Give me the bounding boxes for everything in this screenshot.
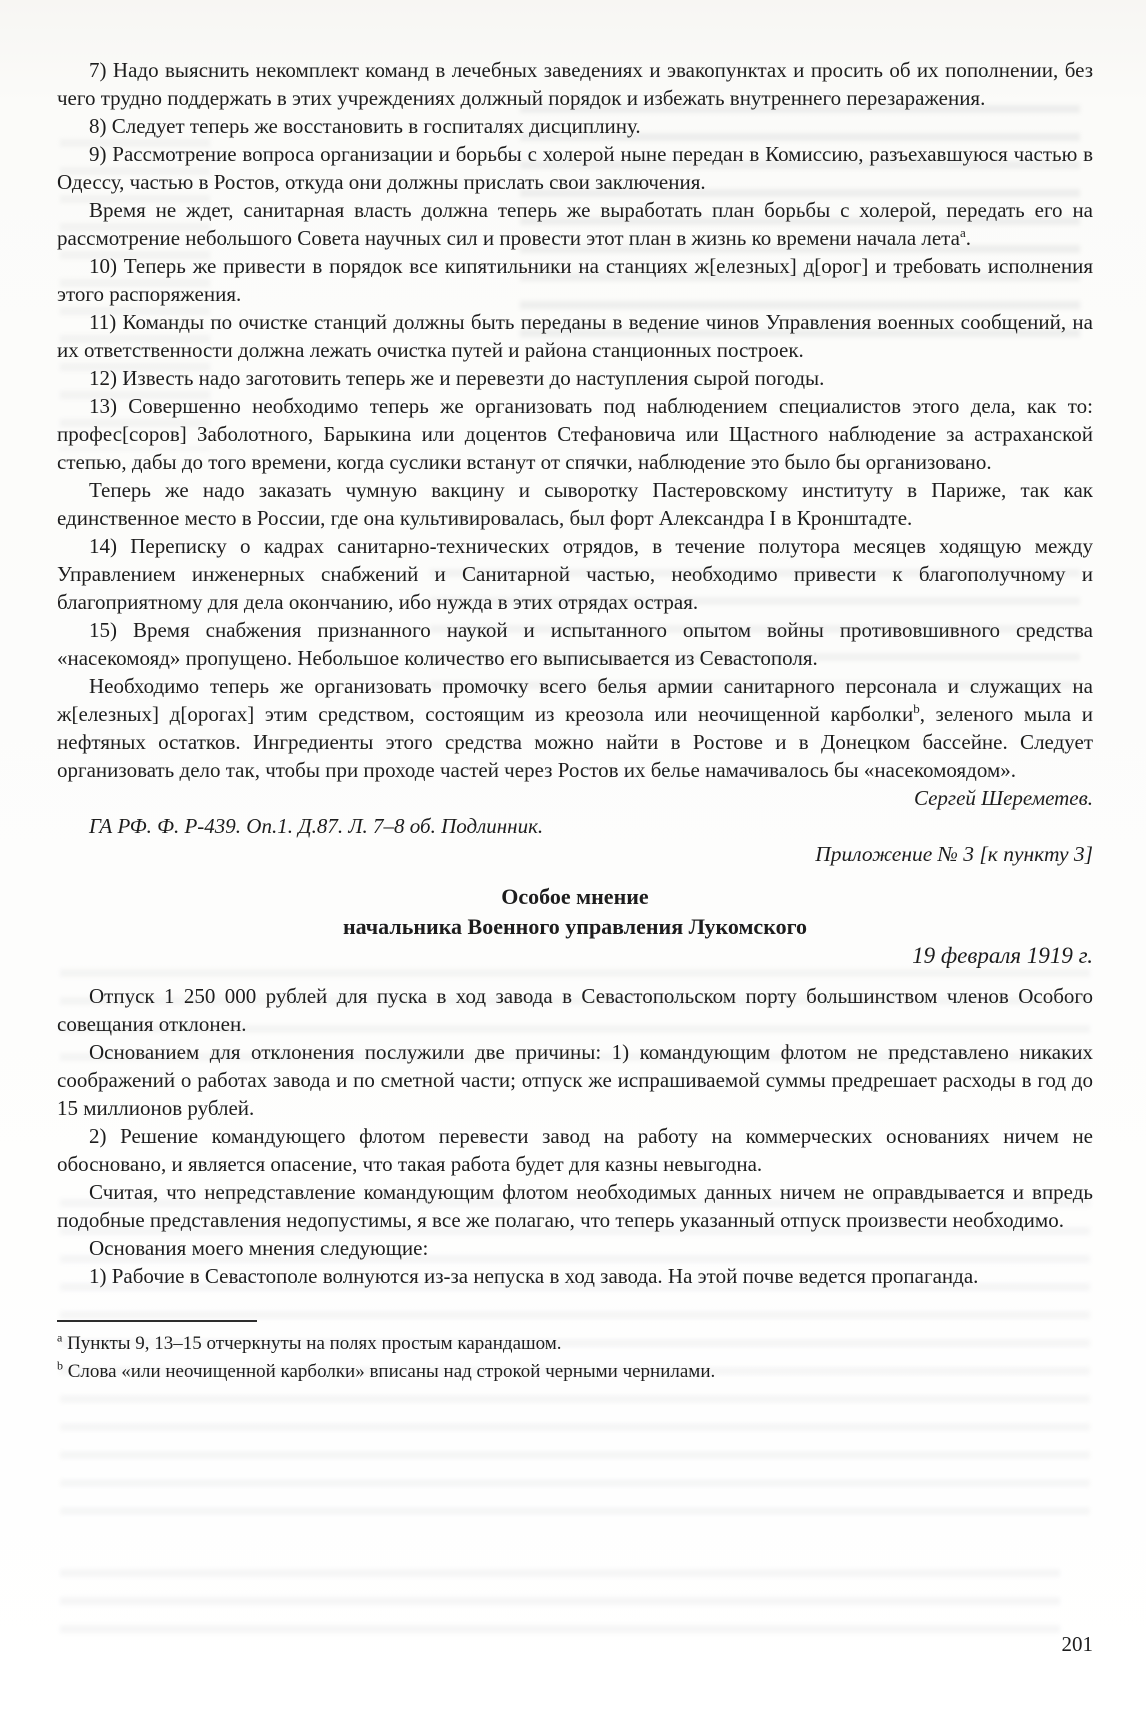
- bleed-through-artifact: [60, 1560, 1060, 1650]
- page-number: 201: [1062, 1632, 1094, 1657]
- report-point-15: 15) Время снабжения признанного наукой и…: [57, 616, 1093, 672]
- appendix-label: Приложение № 3 [к пункту 3]: [57, 840, 1093, 868]
- paragraph-text: 12) Известь надо заготовить теперь же и …: [89, 366, 824, 390]
- footnote-marker: a: [57, 1331, 62, 1345]
- scanned-document-page: 7) Надо выяснить некомплект команд в леч…: [0, 0, 1146, 1728]
- opinion-paragraph: Основанием для отклонения послужили две …: [57, 1038, 1093, 1122]
- document-date: 19 февраля 1919 г.: [57, 942, 1093, 970]
- report-point-11: 11) Команды по очистке станций должны бы…: [57, 308, 1093, 364]
- report-point-13: 13) Совершенно необходимо теперь же орга…: [57, 392, 1093, 476]
- report-body: 7) Надо выяснить некомплект команд в леч…: [57, 56, 1093, 784]
- footnote-text: Пункты 9, 13–15 отчеркнуты на полях прос…: [67, 1333, 561, 1354]
- archive-reference: ГА РФ. Ф. Р-439. Оп.1. Д.87. Л. 7–8 об. …: [57, 812, 1093, 840]
- report-point-8: 8) Следует теперь же восстановить в госп…: [57, 112, 1093, 140]
- report-paragraph-vaccine: Теперь же надо заказать чумную вакцину и…: [57, 476, 1093, 532]
- paragraph-text: 8) Следует теперь же восстановить в госп…: [89, 114, 641, 138]
- opinion-paragraph: Основания моего мнения следующие:: [57, 1234, 1093, 1262]
- page-text-block: 7) Надо выяснить некомплект команд в леч…: [0, 0, 1146, 1290]
- appendix-title: Особое мнение начальника Военного управл…: [57, 882, 1093, 942]
- paragraph-text: .: [966, 226, 971, 250]
- paragraph-text: 7) Надо выяснить некомплект команд в леч…: [57, 58, 1093, 110]
- report-paragraph-cholera-plan: Время не ждет, санитарная власть должна …: [57, 196, 1093, 252]
- report-point-9: 9) Рассмотрение вопроса организации и бо…: [57, 140, 1093, 196]
- paragraph-text: Теперь же надо заказать чумную вакцину и…: [57, 478, 1093, 530]
- footnote-text: Слова «или неочищенной карболки» вписаны…: [68, 1361, 716, 1382]
- paragraph-text: 10) Теперь же привести в порядок все кип…: [57, 254, 1093, 306]
- paragraph-text: 14) Переписку о кадрах санитарно-техниче…: [57, 534, 1093, 614]
- report-point-12: 12) Известь надо заготовить теперь же и …: [57, 364, 1093, 392]
- appendix-title-line2: начальника Военного управления Лукомског…: [57, 912, 1093, 942]
- report-paragraph-insecticide: Необходимо теперь же организовать промоч…: [57, 672, 1093, 784]
- footnotes: a Пункты 9, 13–15 отчеркнуты на полях пр…: [0, 1322, 1146, 1386]
- opinion-paragraph: 2) Решение командующего флотом перевести…: [57, 1122, 1093, 1178]
- opinion-paragraph: Отпуск 1 250 000 рублей для пуска в ход …: [57, 982, 1093, 1038]
- paragraph-text: 15) Время снабжения признанного наукой и…: [57, 618, 1093, 670]
- report-point-14: 14) Переписку о кадрах санитарно-техниче…: [57, 532, 1093, 616]
- paragraph-text: 11) Команды по очистке станций должны бы…: [57, 310, 1093, 362]
- paragraph-text: Время не ждет, санитарная власть должна …: [57, 198, 1093, 250]
- report-point-10: 10) Теперь же привести в порядок все кип…: [57, 252, 1093, 308]
- footnote-b: b Слова «или неочищенной карболки» вписа…: [57, 1358, 1093, 1386]
- footnote-a: a Пункты 9, 13–15 отчеркнуты на полях пр…: [57, 1330, 1093, 1358]
- appendix-title-line1: Особое мнение: [57, 882, 1093, 912]
- signature: Сергей Шереметев.: [57, 784, 1093, 812]
- paragraph-text: 13) Совершенно необходимо теперь же орга…: [57, 394, 1093, 474]
- opinion-paragraph: 1) Рабочие в Севастополе волнуются из-за…: [57, 1262, 1093, 1290]
- opinion-paragraph: Считая, что непредставление командующим …: [57, 1178, 1093, 1234]
- opinion-body: Отпуск 1 250 000 рублей для пуска в ход …: [57, 982, 1093, 1290]
- footnote-marker: b: [57, 1359, 63, 1373]
- paragraph-text: 9) Рассмотрение вопроса организации и бо…: [57, 142, 1093, 194]
- report-point-7: 7) Надо выяснить некомплект команд в леч…: [57, 56, 1093, 112]
